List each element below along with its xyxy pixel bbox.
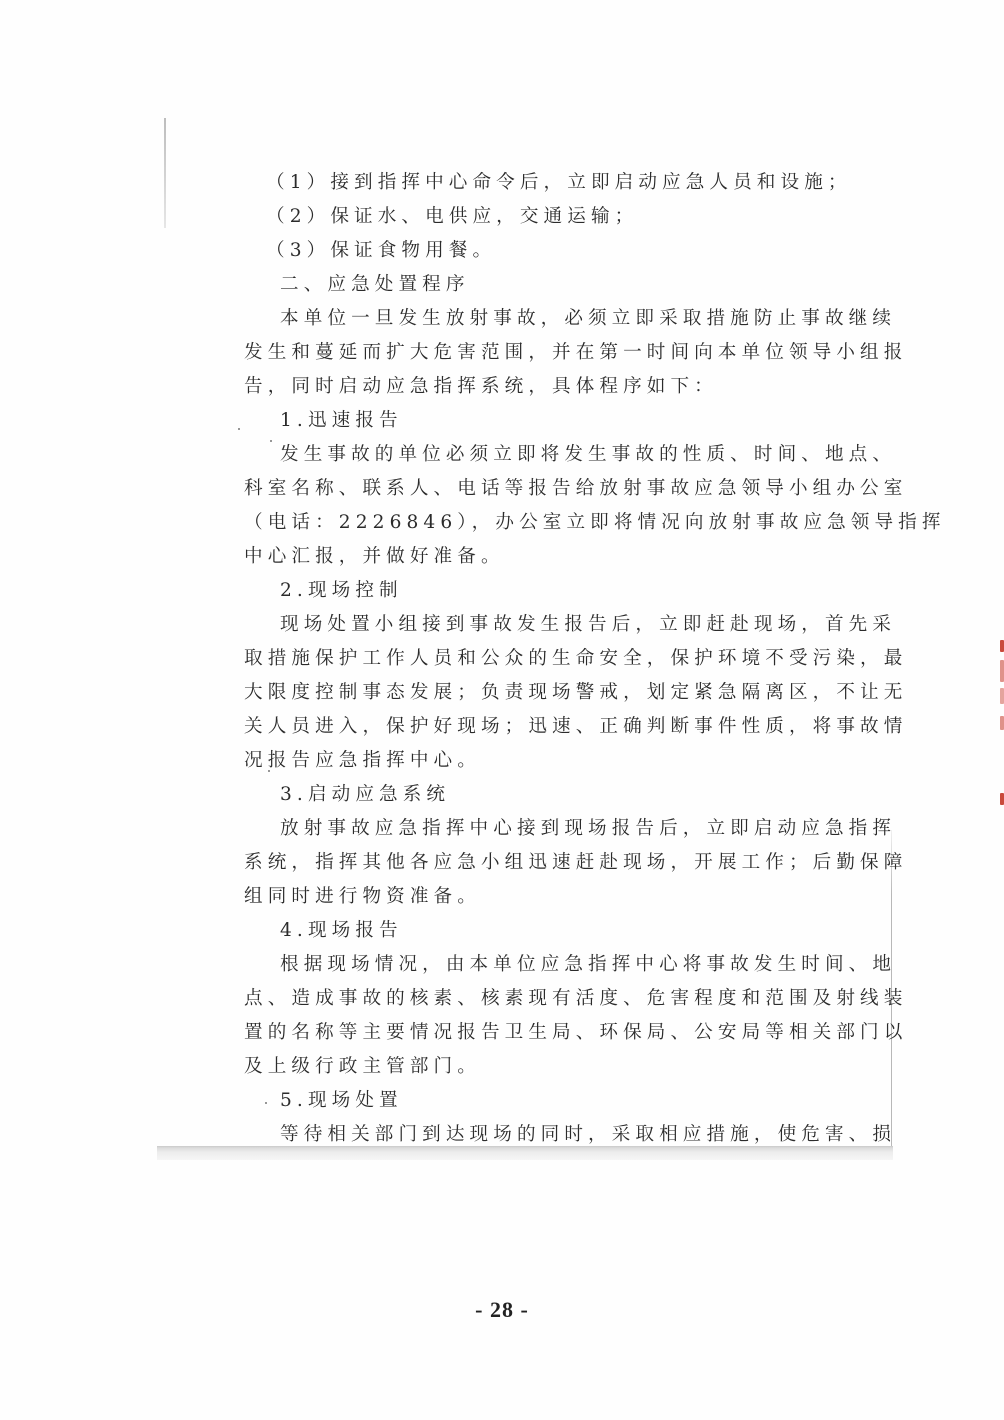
paragraph-line: 取措施保护工作人员和公众的生命安全，保护环境不受污染，最 [244,642,804,676]
subheading-site-report: 4.现场报告 [244,914,804,948]
paragraph-line: 点、造成事故的核素、核素现有活度、危害程度和范围及射线装 [244,982,804,1016]
paragraph-line: 系统，指挥其他各应急小组迅速赶赴现场，开展工作；后勤保障 [244,846,804,880]
paragraph-line: 等待相关部门到达现场的同时，采取相应措施，使危害、损 [244,1118,804,1152]
list-item-3: （3）保证食物用餐。 [244,234,804,268]
scan-left-edge-line [164,118,166,228]
paragraph-line: 置的名称等主要情况报告卫生局、环保局、公安局等相关部门以 [244,1016,804,1050]
paragraph-line: （电话：2226846），办公室立即将情况向放射事故应急领导指挥 [244,506,804,540]
paragraph-line: 科室名称、联系人、电话等报告给放射事故应急领导小组办公室 [244,472,804,506]
paragraph-line: 本单位一旦发生放射事故，必须立即采取措施防止事故继续 [244,302,804,336]
paragraph-line: 关人员进入，保护好现场；迅速、正确判断事件性质，将事故情 [244,710,804,744]
paragraph-line: 组同时进行物资准备。 [244,880,804,914]
paragraph-line: 中心汇报，并做好准备。 [244,540,804,574]
list-item-2: （2）保证水、电供应，交通运输； [244,200,804,234]
paragraph-line: 现场处置小组接到事故发生报告后，立即赶赴现场，首先采 [244,608,804,642]
subheading-rapid-report: 1.迅速报告 [244,404,804,438]
subheading-activate-system: 3.启动应急系统 [244,778,804,812]
paragraph-line: 告，同时启动应急指挥系统，具体程序如下： [244,370,804,404]
paragraph-line: 根据现场情况，由本单位应急指挥中心将事故发生时间、地 [244,948,804,982]
paragraph-line: 及上级行政主管部门。 [244,1050,804,1084]
document-body: （1）接到指挥中心命令后，立即启动应急人员和设施； （2）保证水、电供应，交通运… [244,166,804,1152]
paragraph-line: 发生和蔓延而扩大危害范围，并在第一时间向本单位领导小组报 [244,336,804,370]
scan-speck [238,428,240,430]
red-margin-mark [1000,716,1004,730]
paragraph-line: 况报告应急指挥中心。 [244,744,804,778]
subheading-site-control: 2.现场控制 [244,574,804,608]
red-margin-mark [1000,688,1004,704]
section-heading-procedure: 二、应急处置程序 [244,268,804,302]
list-item-1: （1）接到指挥中心命令后，立即启动应急人员和设施； [244,166,804,200]
scanned-page: （1）接到指挥中心命令后，立即启动应急人员和设施； （2）保证水、电供应，交通运… [0,0,1004,1420]
page-number: - 28 - [0,1297,1004,1323]
paragraph-line: 大限度控制事态发展；负责现场警戒，划定紧急隔离区，不让无 [244,676,804,710]
paragraph-line: 放射事故应急指挥中心接到现场报告后，立即启动应急指挥 [244,812,804,846]
subheading-site-handling: 5.现场处置 [244,1084,804,1118]
red-margin-mark [1000,660,1004,682]
red-margin-mark [1000,640,1004,652]
paragraph-line: 发生事故的单位必须立即将发生事故的性质、时间、地点、 [244,438,804,472]
red-margin-mark [1000,793,1004,805]
